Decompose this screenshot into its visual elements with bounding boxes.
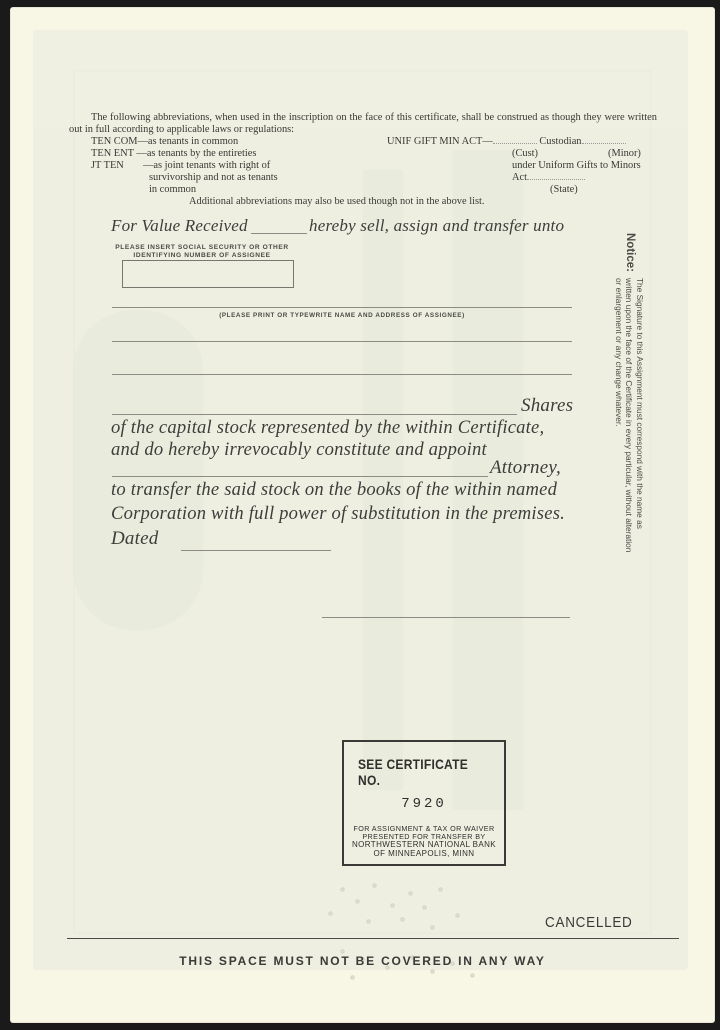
transfer-text: to transfer the said stock on the books … <box>111 479 557 501</box>
certificate-number: 7920 <box>344 796 504 812</box>
minor-label: (Minor) <box>608 148 641 160</box>
assignee-address-label: (PLEASE PRINT OR TYPEWRITE NAME AND ADDR… <box>112 312 572 319</box>
ssn-input-box[interactable] <box>122 260 294 288</box>
act-label: Act <box>512 172 585 184</box>
assignee-address-line-1[interactable] <box>112 341 572 342</box>
shares-line[interactable] <box>112 414 517 415</box>
abbrev-jt-ten-cont: survivorship and not as tenants <box>149 172 278 184</box>
shares-label: Shares <box>521 395 573 417</box>
date-line[interactable] <box>181 550 331 551</box>
signature-line[interactable] <box>322 617 570 618</box>
for-value-received: For Value Received <box>111 216 248 236</box>
notice-title: Notice: <box>615 233 645 272</box>
capital-stock-text: of the capital stock represented by the … <box>111 417 544 439</box>
assignee-address-line-2[interactable] <box>112 374 572 375</box>
do-not-cover-notice: THIS SPACE MUST NOT BE COVERED IN ANY WA… <box>11 954 714 968</box>
abbrev-ten-com: TEN COM—as tenants in common <box>91 136 238 148</box>
hereby-transfer-text: hereby sell, assign and transfer unto <box>309 216 564 236</box>
stock-certificate-back: The following abbreviations, when used i… <box>11 8 714 1022</box>
corporation-text: Corporation with full power of substitut… <box>111 503 565 525</box>
assignee-name-line[interactable] <box>112 307 572 308</box>
cancelled-stamp: CANCELLED <box>545 914 633 931</box>
ssn-label: PLEASE INSERT SOCIAL SECURITY OR OTHER I… <box>112 244 292 261</box>
bottom-divider <box>67 938 679 939</box>
abbreviations-intro: The following abbreviations, when used i… <box>69 112 657 136</box>
attorney-line[interactable] <box>112 476 488 477</box>
notice-text: The Signature to this Assignment must co… <box>614 278 645 552</box>
abbrev-jt-ten: JT TEN—as joint tenants with right of <box>91 160 270 172</box>
stamp-line-4: OF MINNEAPOLIS, MINN <box>344 850 504 858</box>
appoint-text: and do hereby irrevocably constitute and… <box>111 439 487 461</box>
certificate-stamp: SEE CERTIFICATE NO. 7920 FOR ASSIGNMENT … <box>342 740 506 866</box>
abbreviations-section: The following abbreviations, when used i… <box>69 112 657 136</box>
dated-label: Dated <box>111 528 158 550</box>
uniform-gifts-label: under Uniform Gifts to Minors <box>512 160 641 172</box>
abbrev-jt-ten-cont2: in common <box>149 184 196 196</box>
stamp-title: SEE CERTIFICATE NO. <box>358 756 484 788</box>
state-label: (State) <box>550 184 578 196</box>
signature-notice: Notice: The Signature to this Assignment… <box>585 233 645 553</box>
abbreviations-footer: Additional abbreviations may also be use… <box>189 196 485 208</box>
abbrev-ten-ent: TEN ENT —as tenants by the entireties <box>91 148 256 160</box>
unif-gift-min-act: UNIF GIFT MIN ACT— Custodian <box>387 136 626 148</box>
attorney-label: Attorney, <box>490 457 561 479</box>
cust-label: (Cust) <box>512 148 538 160</box>
